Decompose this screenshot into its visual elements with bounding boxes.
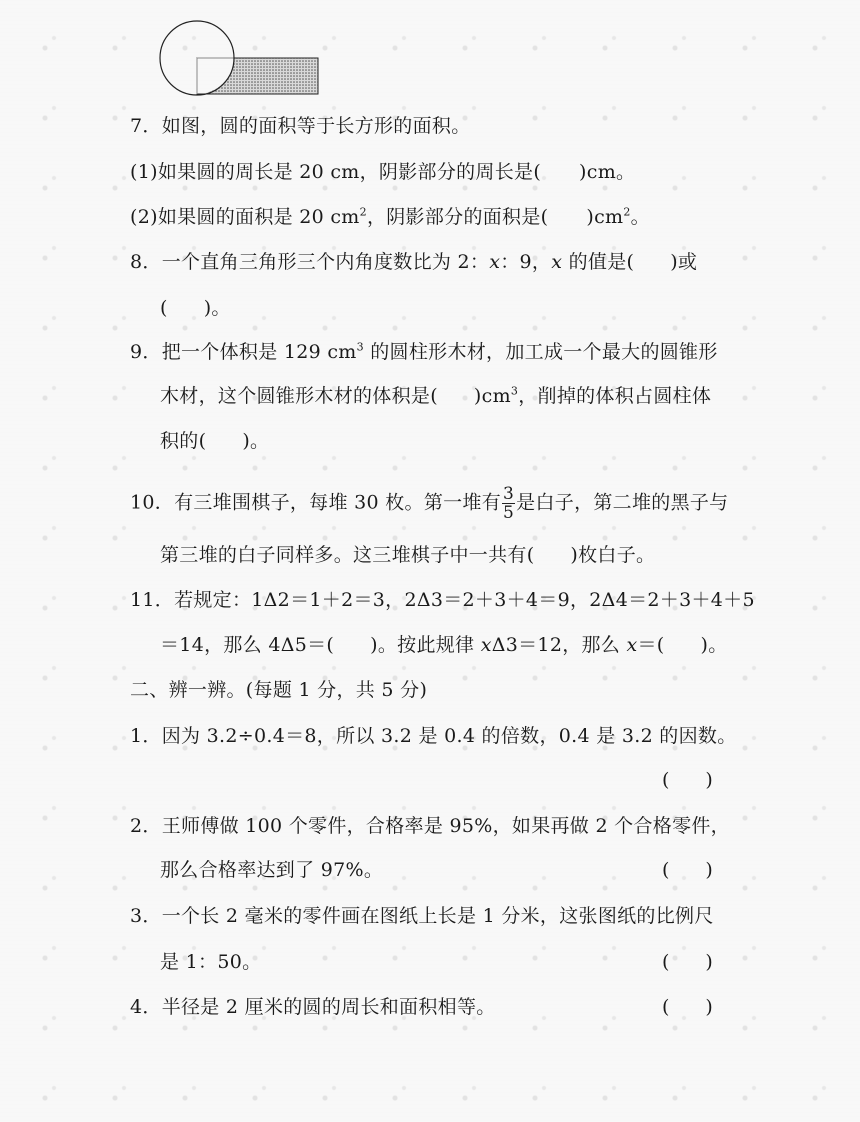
judge-item-4-line-1: 4．半径是 2 厘米的圆的周长和面积相等。 [130, 995, 496, 1019]
variable: x [489, 251, 500, 273]
superscript: 3 [357, 341, 364, 354]
question-8-line-2: ()。 [160, 296, 231, 320]
paren-close: ) [705, 859, 712, 881]
text: ＝( [637, 634, 664, 656]
fraction-three-fifths: 35 [502, 485, 515, 522]
superscript: 2 [360, 206, 367, 219]
text: 木材，这个圆锥形木材的体积是( [160, 385, 438, 407]
judge-item-4-answer[interactable]: () [662, 995, 713, 1019]
text: ＝14，那么 4Δ5＝( [160, 634, 334, 656]
numerator: 3 [502, 485, 515, 504]
text: )或 [670, 251, 697, 273]
question-10-line-1: 10．有三堆围棋子，每堆 30 枚。第一堆有35是白子，第二堆的黑子与 [130, 485, 728, 522]
text: 。 [631, 206, 650, 228]
judge-item-3-line-2: 是 1：50。 [160, 950, 261, 974]
judge-item-2-line-1: 2．王师傅做 100 个零件，合格率是 95%，如果再做 2 个合格零件， [130, 814, 730, 838]
judge-item-3-answer[interactable]: () [662, 950, 713, 974]
section-2-heading: 二、辨一辨。(每题 1 分，共 5 分) [130, 678, 427, 702]
text: 8．一个直角三角形三个内角度数比为 2： [130, 251, 489, 273]
text: ，削掉的体积占圆柱体 [518, 385, 711, 407]
judge-item-3-line-1: 3．一个长 2 毫米的零件画在图纸上长是 1 分米，这张图纸的比例尺 [130, 904, 714, 928]
text: (1)如果圆的周长是 20 cm，阴影部分的周长是( [130, 161, 541, 183]
judge-item-1-line-1: 1．因为 3.2÷0.4＝8，所以 3.2 是 0.4 的倍数，0.4 是 3.… [130, 724, 737, 748]
text: Δ3＝12，那么 [492, 634, 627, 656]
question-11-line-1: 11．若规定：1Δ2＝1＋2＝3，2Δ3＝2＋3＋4＝9，2Δ4＝2＋3＋4＋5 [130, 588, 755, 612]
paren-open: ( [662, 951, 669, 973]
text: ，阴影部分的面积是( [367, 206, 548, 228]
question-10-line-2: 第三堆的白子同样多。这三堆棋子中一共有()枚白子。 [160, 543, 655, 567]
paren-open: ( [662, 996, 669, 1018]
text: 第三堆的白子同样多。这三堆棋子中一共有( [160, 544, 534, 566]
paren-open: ( [662, 769, 669, 791]
variable: x [481, 634, 492, 656]
paren-open: ( [662, 859, 669, 881]
text: ：9， [500, 251, 551, 273]
text: )cm。 [579, 161, 635, 183]
question-7-stem: 7．如图，圆的面积等于长方形的面积。 [130, 114, 471, 138]
text: )。 [700, 634, 727, 656]
text: (2)如果圆的面积是 20 cm [130, 206, 360, 228]
text: )cm [586, 206, 623, 228]
question-9-line-3: 积的()。 [160, 429, 269, 453]
text: )cm [474, 385, 511, 407]
question-7-part-2: (2)如果圆的面积是 20 cm2，阴影部分的面积是()cm2。 [130, 205, 650, 229]
paren-close: ) [705, 769, 712, 791]
text: )。按此规律 [370, 634, 481, 656]
paren-close: ) [705, 951, 712, 973]
text: )枚白子。 [570, 544, 655, 566]
text: )。 [242, 430, 269, 452]
judge-item-1-answer[interactable]: () [662, 768, 713, 792]
text: 9．把一个体积是 129 cm [130, 341, 357, 363]
text: 10．有三堆围棋子，每堆 30 枚。第一堆有 [130, 492, 501, 514]
text: 的圆柱形木材，加工成一个最大的圆锥形 [364, 341, 718, 363]
text: )。 [204, 297, 231, 319]
text: 积的( [160, 430, 206, 452]
text: ( [160, 297, 168, 319]
text: 是白子，第二堆的黑子与 [516, 492, 728, 514]
text: 的值是( [562, 251, 634, 273]
paren-close: ) [705, 996, 712, 1018]
judge-item-2-answer[interactable]: () [662, 858, 713, 882]
variable: x [551, 251, 562, 273]
question-7-part-1: (1)如果圆的周长是 20 cm，阴影部分的周长是()cm。 [130, 160, 635, 184]
question-8-line-1: 8．一个直角三角形三个内角度数比为 2：x：9，x 的值是()或 [130, 250, 697, 274]
denominator: 5 [502, 504, 515, 522]
question-9-line-2: 木材，这个圆锥形木材的体积是()cm3，削掉的体积占圆柱体 [160, 384, 711, 408]
judge-item-2-line-2: 那么合格率达到了 97%。 [160, 858, 383, 882]
superscript: 2 [623, 206, 630, 219]
question-11-line-2: ＝14，那么 4Δ5＝()。按此规律 xΔ3＝12，那么 x＝()。 [160, 633, 728, 657]
circle-rectangle-figure [158, 18, 322, 96]
variable: x [626, 634, 637, 656]
question-9-line-1: 9．把一个体积是 129 cm3 的圆柱形木材，加工成一个最大的圆锥形 [130, 340, 718, 364]
